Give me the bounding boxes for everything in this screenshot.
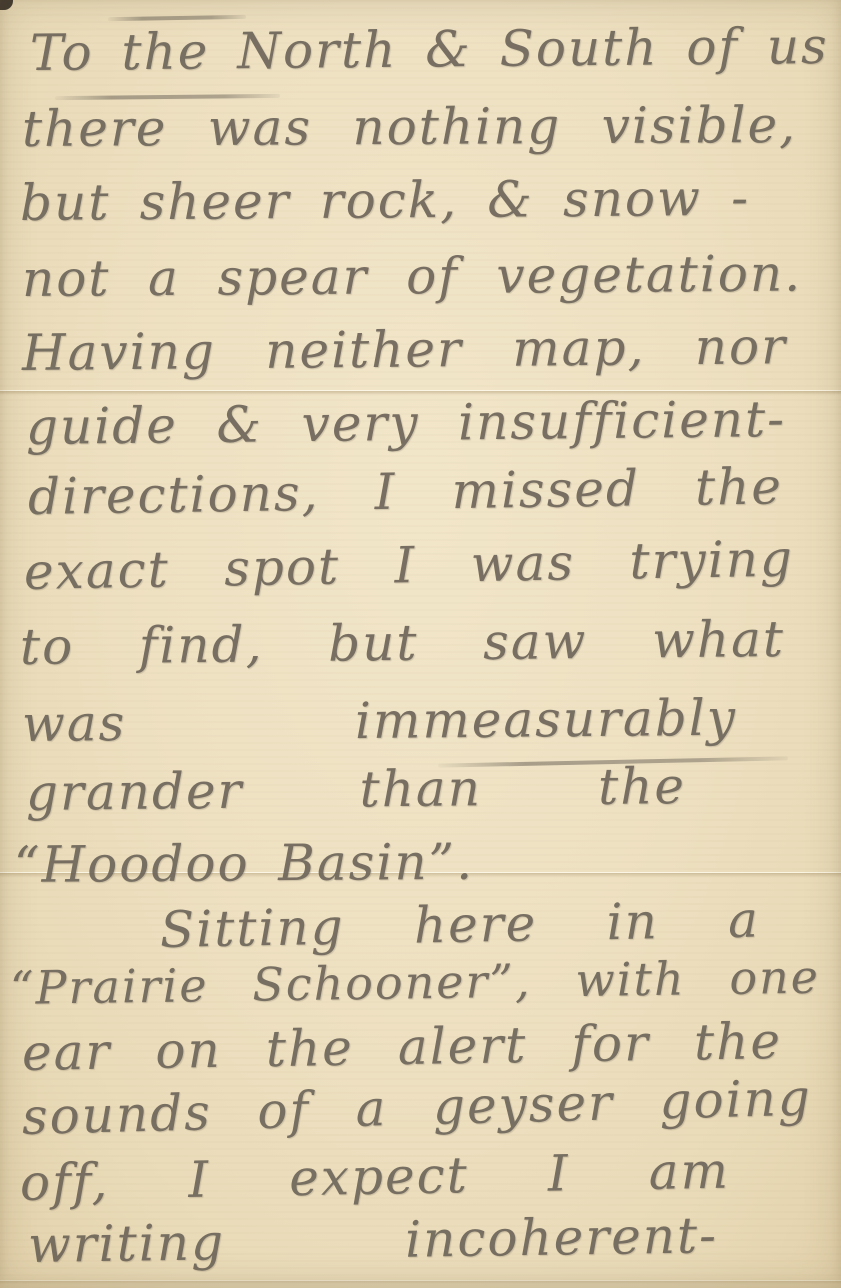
handwritten-line: ear on the alert for the (22, 1014, 783, 1081)
handwritten-line: Sitting here in a (160, 893, 761, 958)
handwritten-line: but sheer rock, & snow - (20, 171, 750, 231)
handwritten-line: “Hoodoo Basin”. (14, 835, 474, 893)
handwritten-line: directions, I missed the (28, 459, 784, 525)
handwritten-line: Having neither map, nor (22, 319, 787, 381)
letter-page: To the North & South of us there was not… (0, 0, 841, 1288)
scan-blemish (0, 0, 13, 10)
handwritten-line: was immeasurably (22, 691, 737, 752)
pencil-stroke (108, 15, 246, 21)
handwritten-line: guide & very insufficient- (26, 392, 787, 455)
handwritten-line: To the North & South of us (30, 19, 810, 81)
handwritten-line: grander than the (26, 759, 687, 821)
handwritten-line: “Prairie Schooner”, with one (10, 952, 821, 1014)
handwritten-line: off, I expect I am (20, 1144, 731, 1211)
handwritten-line: there was nothing visible, (22, 98, 797, 157)
handwritten-line: to find, but saw what (20, 612, 786, 675)
handwritten-line: writing incoherent- (28, 1208, 719, 1273)
handwritten-line: not a spear of vegetation. (22, 247, 802, 307)
handwritten-line: exact spot I was trying (24, 532, 795, 600)
fold-crease-bottom (0, 1280, 841, 1286)
handwritten-line: sounds of a geyser going (21, 1071, 812, 1145)
